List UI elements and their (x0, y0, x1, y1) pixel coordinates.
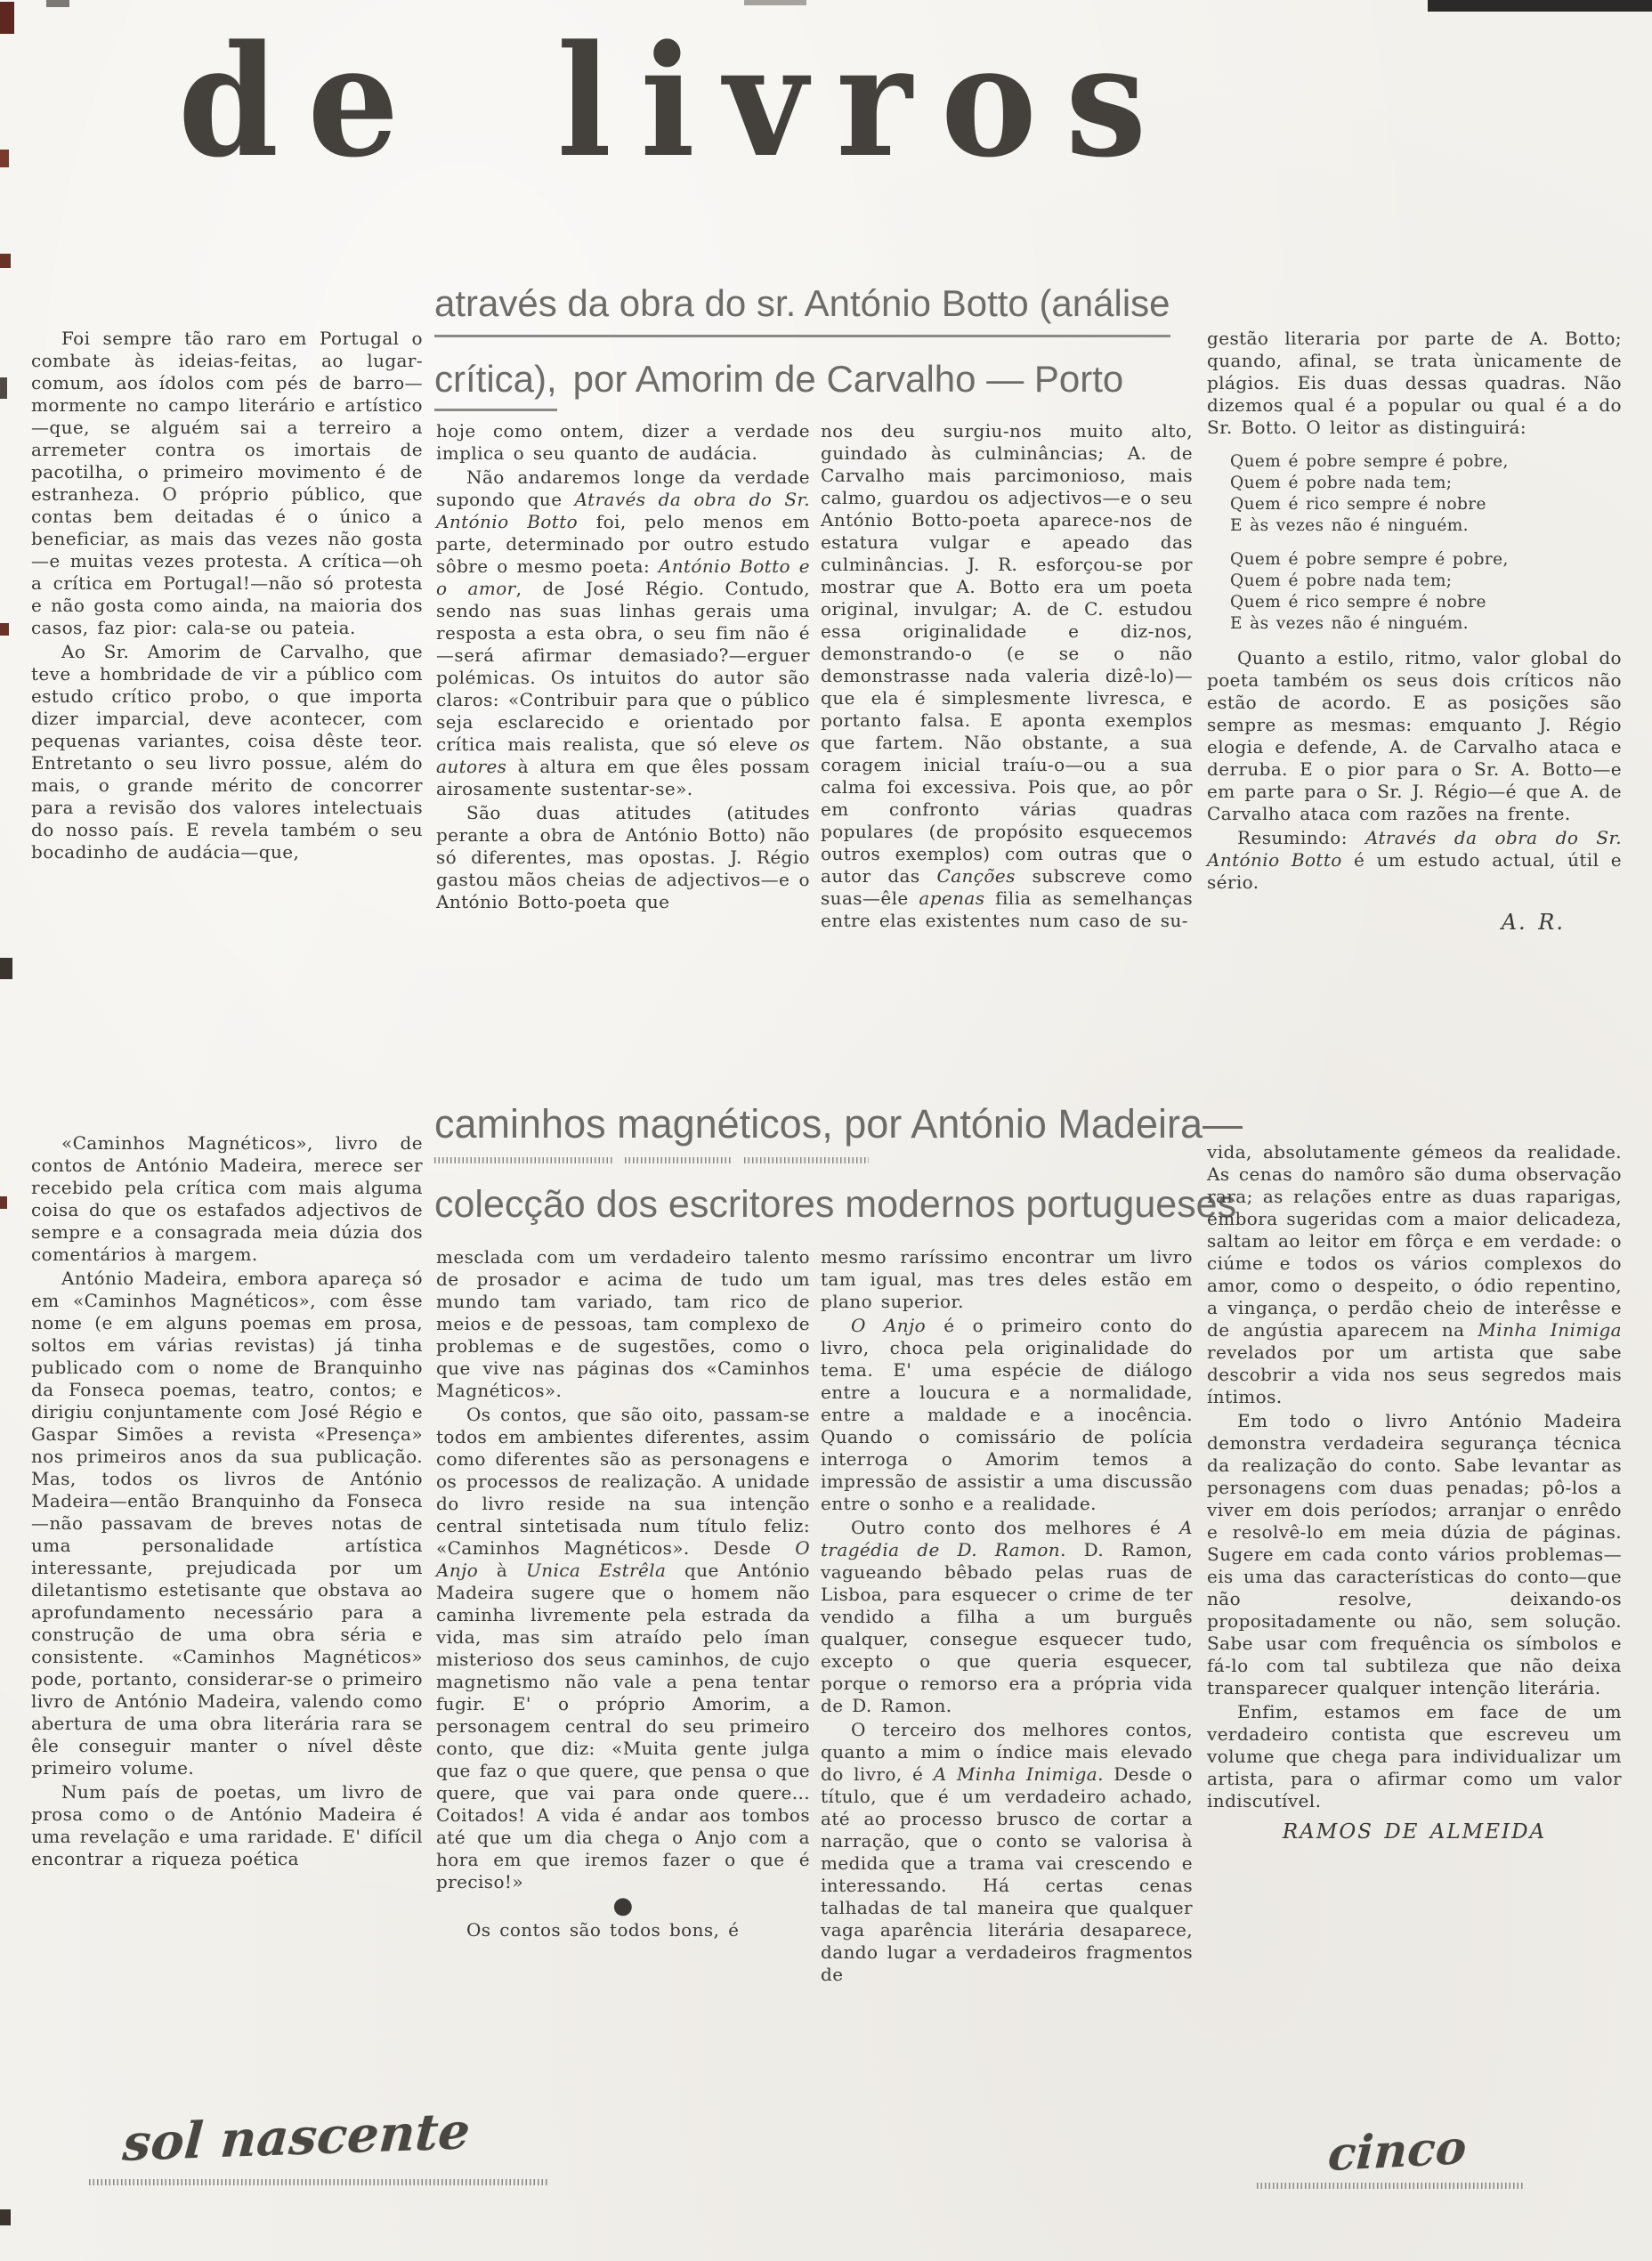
article2-headline-underline-segment (434, 1157, 612, 1163)
paragraph: Foi sempre tão raro em Portugal o combat… (31, 328, 423, 639)
article2-signature: RAMOS DE ALMEIDA (1207, 1821, 1622, 1844)
paragraph: Enfim, estamos em face de um verdadeiro … (1207, 1701, 1622, 1812)
scan-artifact-top-left-speck (46, 0, 69, 7)
article1-headline: através da obra do sr. António Botto (an… (434, 283, 1170, 411)
scan-artifact-top-right-bar (1428, 0, 1652, 12)
paragraph: António Madeira, embora apareça só em «C… (31, 1268, 423, 1779)
scan-artifact-edge-7 (0, 1196, 7, 1209)
paragraph: gestão literaria por parte de A. Botto; … (1207, 328, 1622, 439)
article2-column-3: mesmo raríssimo encontrar um livro tam i… (821, 1246, 1193, 1986)
handwritten-page-number-underline (1257, 2183, 1524, 2189)
paragraph: Os contos são todos bons, é (436, 1919, 810, 1941)
scan-artifact-edge-5 (0, 623, 9, 636)
quatrain-line: Quem é pobre sempre é pobre, (1230, 451, 1622, 473)
paragraph: O terceiro dos melhores contos, quanto a… (821, 1719, 1193, 1986)
scan-artifact-edge-1 (0, 2, 14, 34)
paragraph: Ao Sr. Amorim de Carvalho, que teve a ho… (31, 641, 423, 863)
article1-column-1: Foi sempre tão raro em Portugal o combat… (31, 328, 423, 863)
article1-headline-line1: através da obra do sr. António Botto (an… (434, 283, 1170, 337)
scan-artifact-edge-6 (0, 958, 12, 979)
paragraph: mesmo raríssimo encontrar um livro tam i… (821, 1246, 1193, 1313)
quatrain-line: Quem é pobre sempre é pobre, (1230, 549, 1622, 571)
quatrain-line: E às vezes não é ninguém. (1230, 613, 1622, 635)
article1-headline-line2: crítica),por Amorim de Carvalho — Porto (434, 359, 1170, 411)
article2-column-2: mesclada com um verdadeiro talento de pr… (436, 1246, 810, 1941)
handwritten-note-left-underline (89, 2179, 547, 2185)
article2-column-1: «Caminhos Magnéticos», livro de contos d… (31, 1132, 423, 1870)
article1-column-4: gestão literaria por parte de A. Botto; … (1207, 328, 1622, 934)
handwritten-page-number: cinco (1327, 2120, 1469, 2182)
article1-signature: A. R. (1207, 912, 1622, 934)
quatrain-line: Quem é pobre nada tem; (1230, 473, 1622, 494)
paragraph: O Anjo é o primeiro conto do livro, choc… (821, 1315, 1193, 1515)
article1-column-3: nos deu surgiu-nos muito alto, guindado … (821, 420, 1193, 932)
paragraph: Resumindo: Através da obra do Sr. Antóni… (1207, 827, 1622, 894)
quatrain-1: Quem é pobre sempre é pobre, Quem é pobr… (1230, 451, 1622, 537)
scan-artifact-edge-4 (0, 377, 7, 399)
article2-headline-line1: caminhos magnéticos, por António Madeira… (434, 1101, 1243, 1147)
article1-headline-line2-underlined: crítica), (434, 359, 557, 411)
paragraph: Num país de poetas, um livro de prosa co… (31, 1781, 423, 1870)
article1-headline-line2-rest: por Amorim de Carvalho — Porto (573, 358, 1124, 400)
paragraph: nos deu surgiu-nos muito alto, guindado … (821, 420, 1193, 932)
paragraph: São duas atitudes (atitudes perante a ob… (436, 802, 810, 913)
quatrain-line: Quem é rico sempre é nobre (1230, 592, 1622, 613)
article2-headline: caminhos magnéticos, por António Madeira… (434, 1102, 1243, 1226)
scan-artifact-edge-3 (0, 254, 11, 268)
scanned-newspaper-page: de livros através da obra do sr. António… (0, 0, 1652, 2261)
paragraph: Não andaremos longe da verdade supondo q… (436, 466, 810, 800)
paragraph: Os contos, que são oito, passam-se todos… (436, 1404, 810, 1893)
paragraph: Outro conto dos melhores é A tragédia de… (821, 1517, 1193, 1717)
paragraph: Em todo o livro António Madeira demonstr… (1207, 1410, 1622, 1699)
article2-headline-line2: colecção dos escritores modernos portugu… (434, 1184, 1243, 1226)
paragraph: Quanto a estilo, ritmo, valor global do … (1207, 647, 1622, 825)
scan-artifact-edge-8 (0, 2209, 11, 2225)
article2-headline-underline-segment (625, 1157, 732, 1163)
paragraph: hoje como ontem, dizer a verdade implica… (436, 420, 810, 465)
paragraph: mesclada com um verdadeiro talento de pr… (436, 1246, 810, 1402)
handwritten-note-left: sol nascente (121, 2102, 473, 2173)
section-divider-bullet: ● (436, 1895, 810, 1917)
scan-artifact-edge-2 (0, 150, 9, 167)
paragraph: vida, absolutamente gémeos da realidade.… (1207, 1141, 1622, 1408)
quatrain-line: E às vezes não é ninguém. (1230, 515, 1622, 537)
scan-artifact-top-mid-speck (744, 0, 806, 5)
article1-column-2: hoje como ontem, dizer a verdade implica… (436, 420, 810, 913)
quatrain-line: Quem é rico sempre é nobre (1230, 494, 1622, 515)
quatrain-2: Quem é pobre sempre é pobre, Quem é pobr… (1230, 549, 1622, 635)
quatrain-line: Quem é pobre nada tem; (1230, 571, 1622, 592)
article2-column-4: vida, absolutamente gémeos da realidade.… (1207, 1141, 1622, 1844)
paragraph: «Caminhos Magnéticos», livro de contos d… (31, 1132, 423, 1266)
page-title: de livros (178, 25, 1175, 178)
article2-headline-underline-segment (744, 1157, 869, 1163)
